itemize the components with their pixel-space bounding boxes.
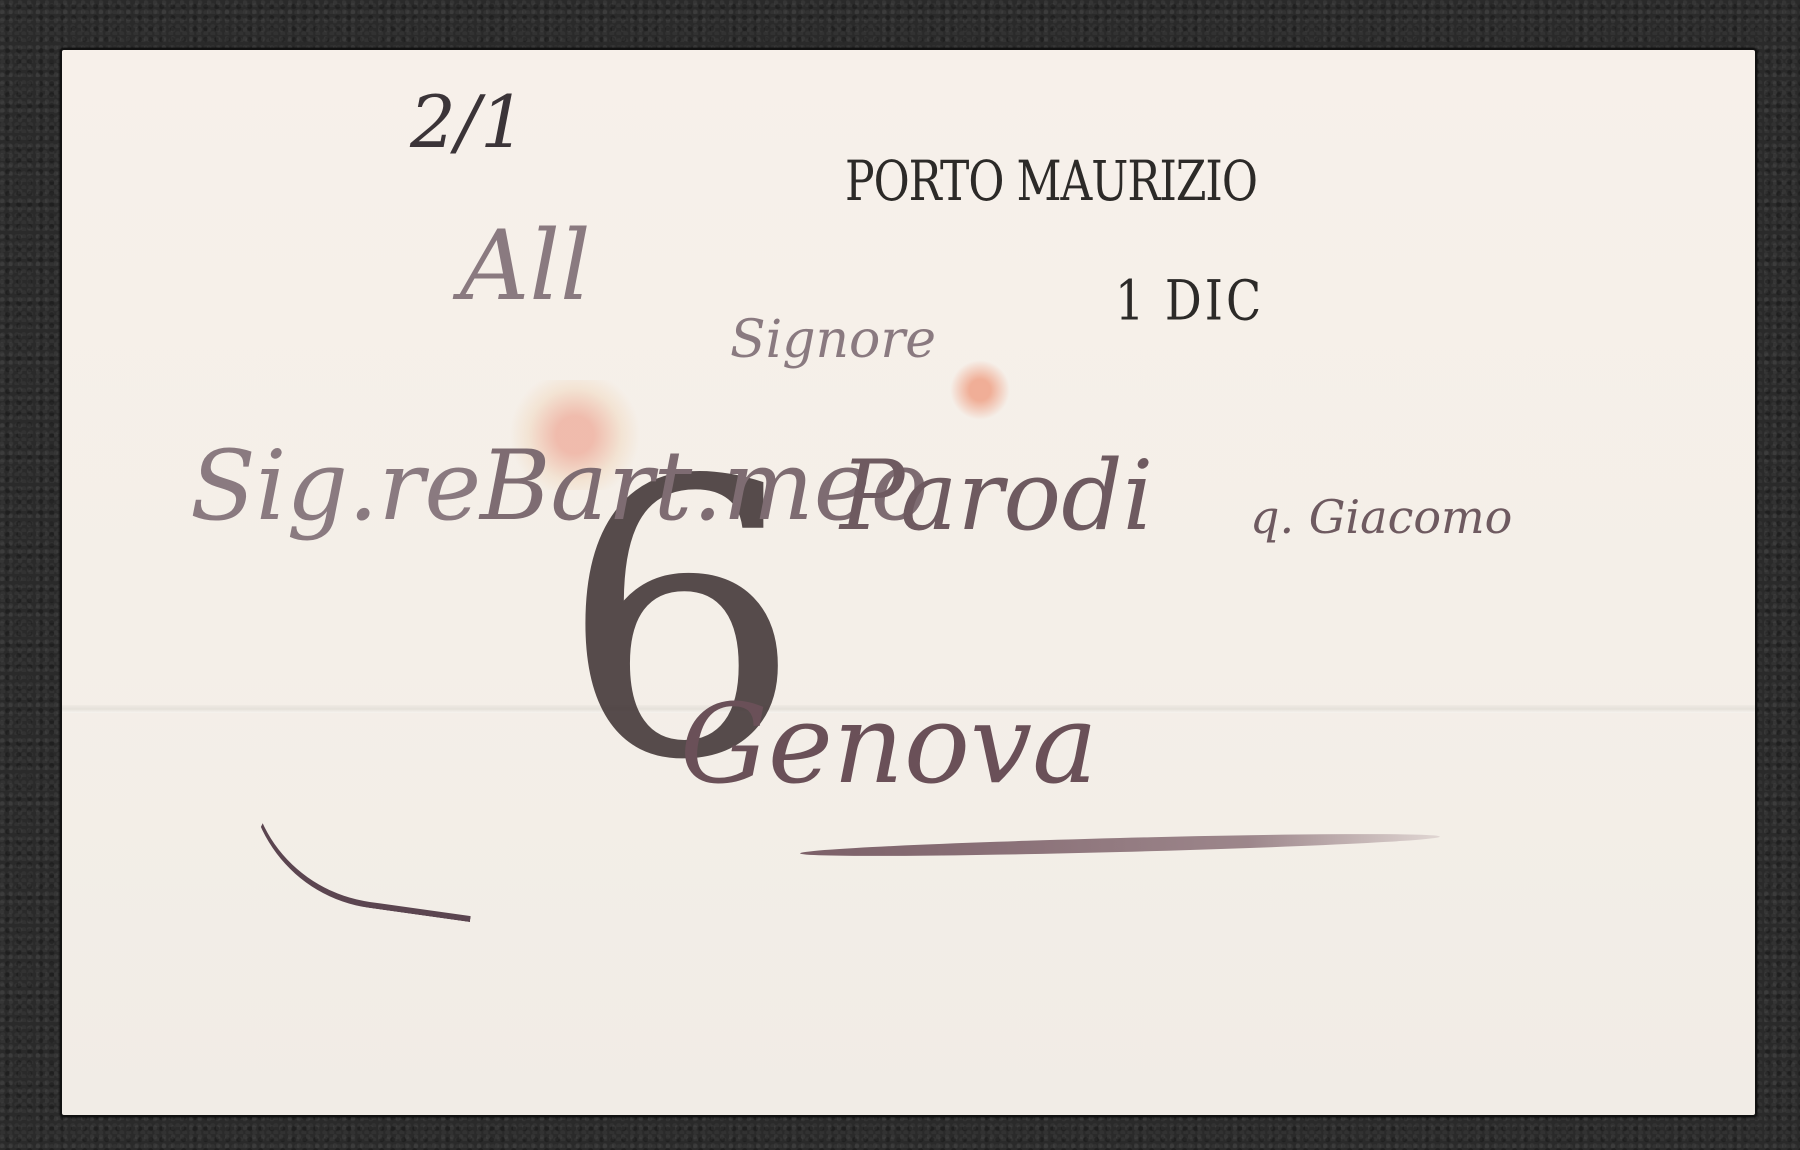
addressee-prefix: Sig.re: [190, 430, 481, 542]
salutation-line: Signore: [730, 310, 936, 370]
postmark-town: PORTO MAURIZIO: [845, 150, 1257, 214]
postmark-date: 1 DIC: [1115, 268, 1264, 333]
destination-city: Genova: [680, 680, 1098, 808]
rate-mark: 2/1: [410, 80, 526, 164]
salutation: All: [460, 210, 591, 322]
addressee-father: q. Giacomo: [1250, 490, 1512, 544]
addressee-surname: Parodi: [840, 440, 1153, 552]
red-wax-residue-small: [950, 360, 1010, 420]
